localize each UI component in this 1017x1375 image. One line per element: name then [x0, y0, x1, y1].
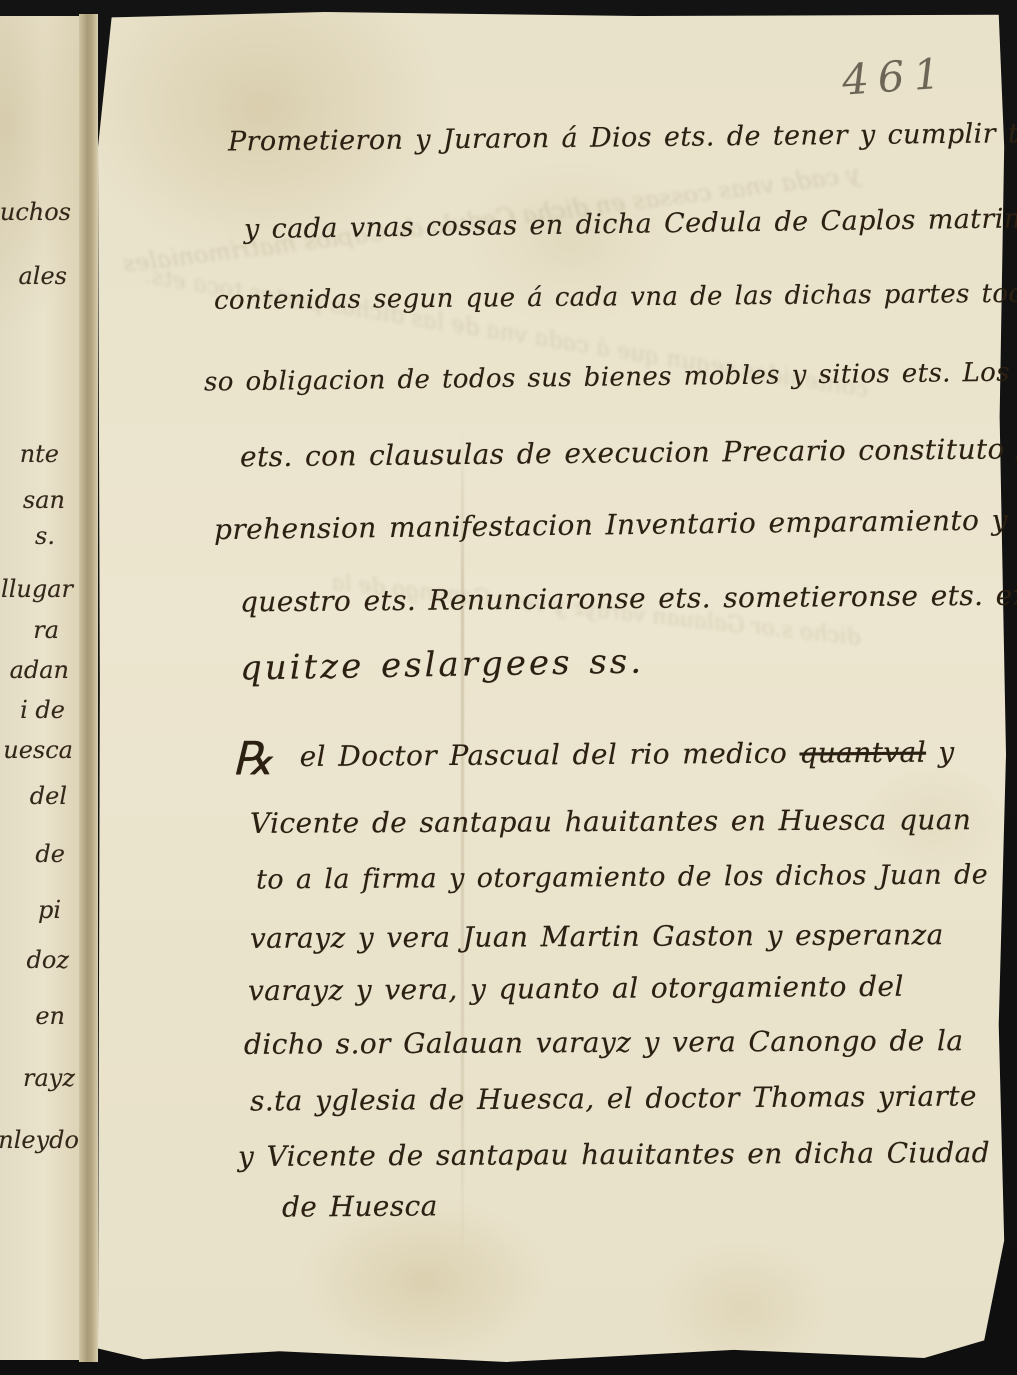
text-line: to a la firma y otorgamiento de los dich… — [256, 859, 988, 895]
margin-fragment: uchos — [0, 198, 71, 226]
entry-prefix: el Doctor Pascual del rio medico — [300, 737, 800, 773]
margin-fragment: adan — [10, 656, 69, 684]
margin-fragment: s. — [35, 522, 55, 550]
notarial-mark: ℞ — [232, 731, 274, 785]
manuscript-scan: y cada vnas cossas en dicha Cedula de Ca… — [0, 0, 1017, 1375]
text-line-entry: ℞el Doctor Pascual del rio medico quantv… — [232, 735, 955, 773]
entry-suffix: y — [926, 735, 955, 768]
margin-fragment: en — [35, 1002, 65, 1030]
text-line: varayz y vera, y quanto al otorgamiento … — [248, 970, 904, 1008]
folio-number: 461 — [840, 48, 950, 104]
margin-fragment: ales — [18, 262, 67, 290]
margin-fragment: pi — [38, 896, 61, 924]
margin-fragment: nte — [20, 440, 59, 468]
margin-fragment: doz — [27, 946, 69, 974]
margin-fragment: ra — [33, 616, 59, 644]
margin-fragment: de — [35, 840, 65, 868]
text-line: varayz y vera Juan Martin Gaston y esper… — [250, 918, 944, 955]
margin-fragment: enleydo — [0, 1126, 79, 1154]
page-crease — [461, 430, 464, 1260]
margin-fragment: san — [23, 486, 65, 514]
text-line: Vicente de santapau hauitantes en Huesca… — [250, 803, 971, 840]
text-line: questro ets. Renunciaronse ets. sometier… — [240, 579, 1017, 619]
margin-fragment: del — [30, 782, 67, 810]
gutter-fold — [79, 14, 98, 1362]
text-line: y Vicente de santapau hauitantes en dich… — [238, 1136, 990, 1173]
strikethrough-word: quantval — [799, 736, 926, 770]
text-line: de Huesca — [282, 1189, 438, 1223]
margin-fragment: uesca — [3, 736, 73, 764]
text-line: s.ta yglesia de Huesca, el doctor Thomas… — [250, 1079, 977, 1117]
margin-fragment: i de — [20, 696, 65, 724]
text-line: dicho s.or Galauan varayz y vera Canongo… — [244, 1024, 964, 1061]
margin-fragment: llugar — [1, 575, 73, 603]
margin-fragment: rayz — [23, 1064, 75, 1092]
text-line: quitze eslargees ss. — [240, 641, 645, 688]
